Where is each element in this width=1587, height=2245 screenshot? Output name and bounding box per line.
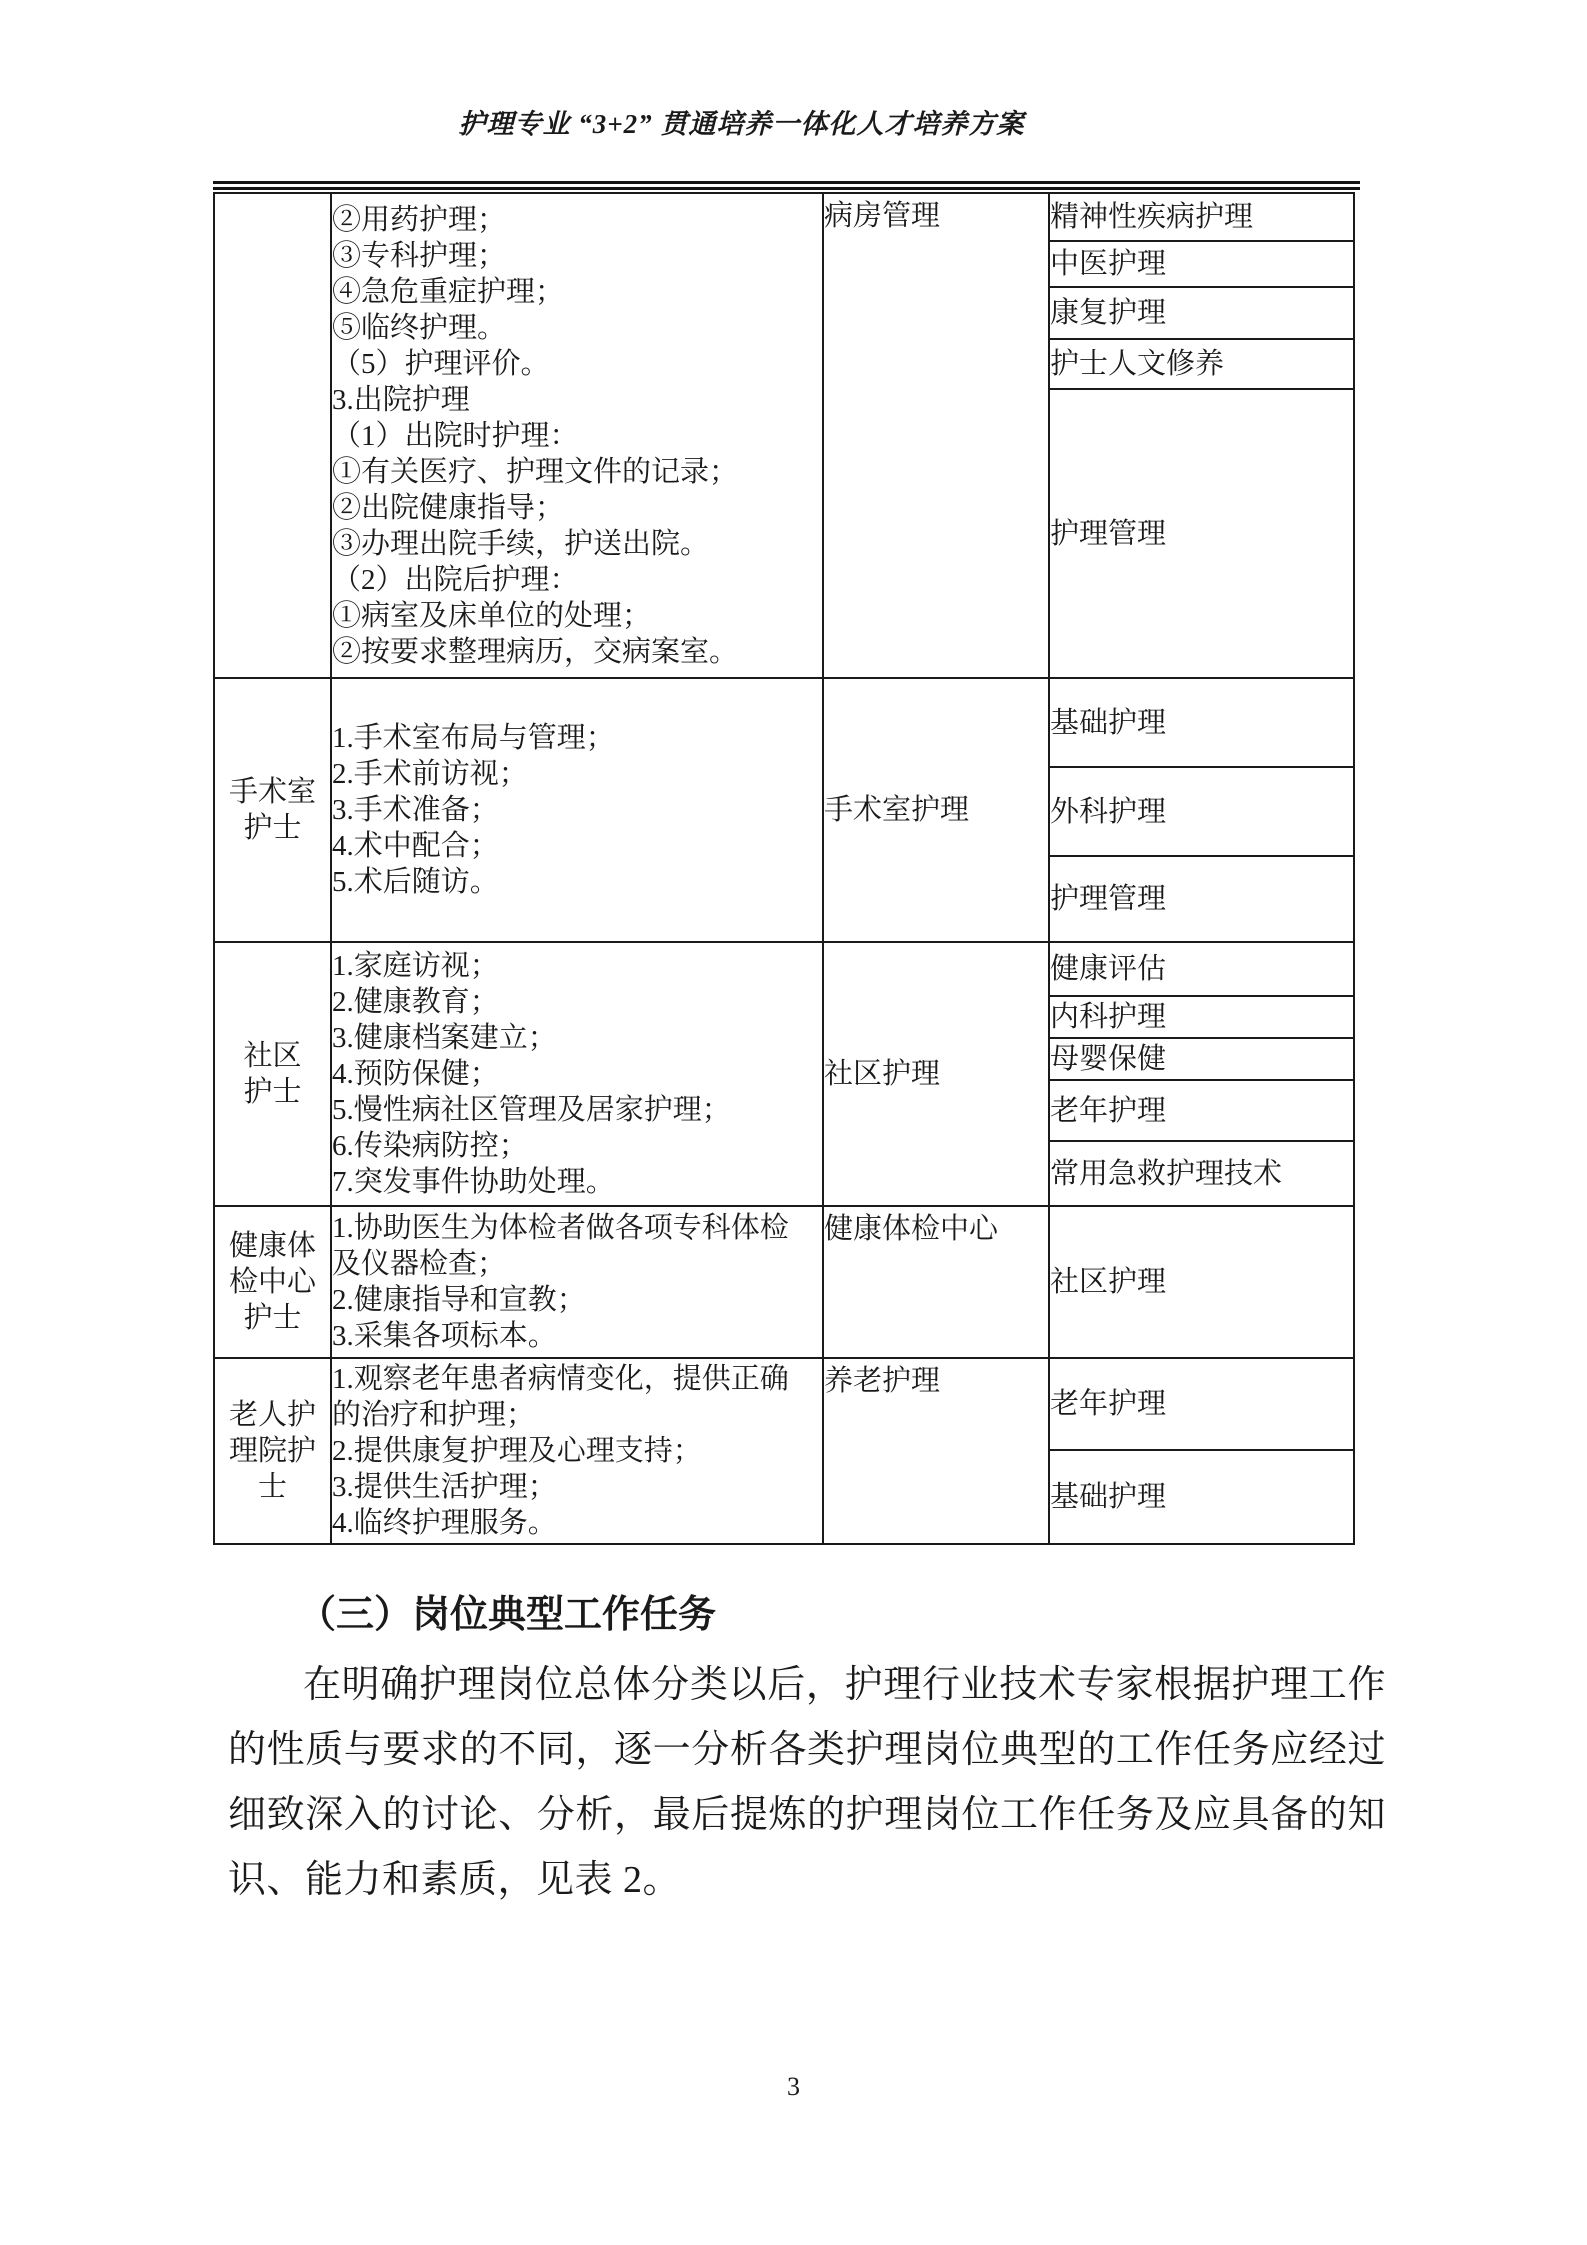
course-cell: 基础护理 bbox=[1049, 678, 1354, 767]
position-cell: 健康体 检中心 护士 bbox=[214, 1206, 331, 1358]
course-cell: 健康评估 bbox=[1049, 942, 1354, 996]
position-cell: 社区 护士 bbox=[214, 942, 331, 1206]
tasks-cell: 1.观察老年患者病情变化，提供正确 的治疗和护理； 2.提供康复护理及心理支持；… bbox=[331, 1358, 823, 1544]
tasks-cell: 1.协助医生为体检者做各项专科体检 及仪器检查； 2.健康指导和宣教； 3.采集… bbox=[331, 1206, 823, 1358]
table-row: ②用药护理； ③专科护理； ④急危重症护理； ⑤临终护理。 （5）护理评价。 3… bbox=[214, 193, 1354, 241]
table-row: 老人护 理院护 士1.观察老年患者病情变化，提供正确 的治疗和护理； 2.提供康… bbox=[214, 1358, 1354, 1450]
document-page: 护理专业 “3+2” 贯通培养一体化人才培养方案 ②用药护理； ③专科护理； ④… bbox=[0, 0, 1587, 2245]
page-header-title: 护理专业 “3+2” 贯通培养一体化人才培养方案 bbox=[168, 104, 1315, 144]
section-heading: （三）岗位典型工作任务 bbox=[298, 1592, 716, 1638]
position-cell bbox=[214, 193, 331, 678]
course-cell: 护理管理 bbox=[1049, 856, 1354, 942]
course-cell: 母婴保健 bbox=[1049, 1038, 1354, 1080]
course-cell: 康复护理 bbox=[1049, 287, 1354, 339]
course-cell: 精神性疾病护理 bbox=[1049, 193, 1354, 241]
tasks-cell: 1.手术室布局与管理； 2.手术前访视； 3.手术准备； 4.术中配合； 5.术… bbox=[331, 678, 823, 942]
table-row: 健康体 检中心 护士1.协助医生为体检者做各项专科体检 及仪器检查； 2.健康指… bbox=[214, 1206, 1354, 1358]
course-cell: 护理管理 bbox=[1049, 389, 1354, 678]
tasks-cell: 1.家庭访视； 2.健康教育； 3.健康档案建立； 4.预防保健； 5.慢性病社… bbox=[331, 942, 823, 1206]
course-cell: 社区护理 bbox=[1049, 1206, 1354, 1358]
header-double-rule bbox=[213, 181, 1360, 190]
body-paragraph: 在明确护理岗位总体分类以后，护理行业技术专家根据护理工作的性质与要求的不同，逐一… bbox=[228, 1653, 1386, 1913]
table-row: 手术室 护士1.手术室布局与管理； 2.手术前访视； 3.手术准备； 4.术中配… bbox=[214, 678, 1354, 767]
course-cell: 老年护理 bbox=[1049, 1080, 1354, 1141]
job-position-course-table: ②用药护理； ③专科护理； ④急危重症护理； ⑤临终护理。 （5）护理评价。 3… bbox=[213, 192, 1355, 1545]
page-number: 3 bbox=[0, 2072, 1587, 2102]
course-cell: 常用急救护理技术 bbox=[1049, 1141, 1354, 1206]
course-cell: 护士人文修养 bbox=[1049, 339, 1354, 389]
table-row: 社区 护士1.家庭访视； 2.健康教育； 3.健康档案建立； 4.预防保健； 5… bbox=[214, 942, 1354, 996]
work-area-cell: 病房管理 bbox=[823, 193, 1049, 678]
work-area-cell: 社区护理 bbox=[823, 942, 1049, 1206]
course-cell: 基础护理 bbox=[1049, 1450, 1354, 1544]
tasks-cell: ②用药护理； ③专科护理； ④急危重症护理； ⑤临终护理。 （5）护理评价。 3… bbox=[331, 193, 823, 678]
course-cell: 内科护理 bbox=[1049, 996, 1354, 1038]
position-cell: 手术室 护士 bbox=[214, 678, 331, 942]
work-area-cell: 手术室护理 bbox=[823, 678, 1049, 942]
course-cell: 外科护理 bbox=[1049, 767, 1354, 856]
work-area-cell: 养老护理 bbox=[823, 1358, 1049, 1544]
course-cell: 中医护理 bbox=[1049, 241, 1354, 287]
course-cell: 老年护理 bbox=[1049, 1358, 1354, 1450]
work-area-cell: 健康体检中心 bbox=[823, 1206, 1049, 1358]
position-cell: 老人护 理院护 士 bbox=[214, 1358, 331, 1544]
